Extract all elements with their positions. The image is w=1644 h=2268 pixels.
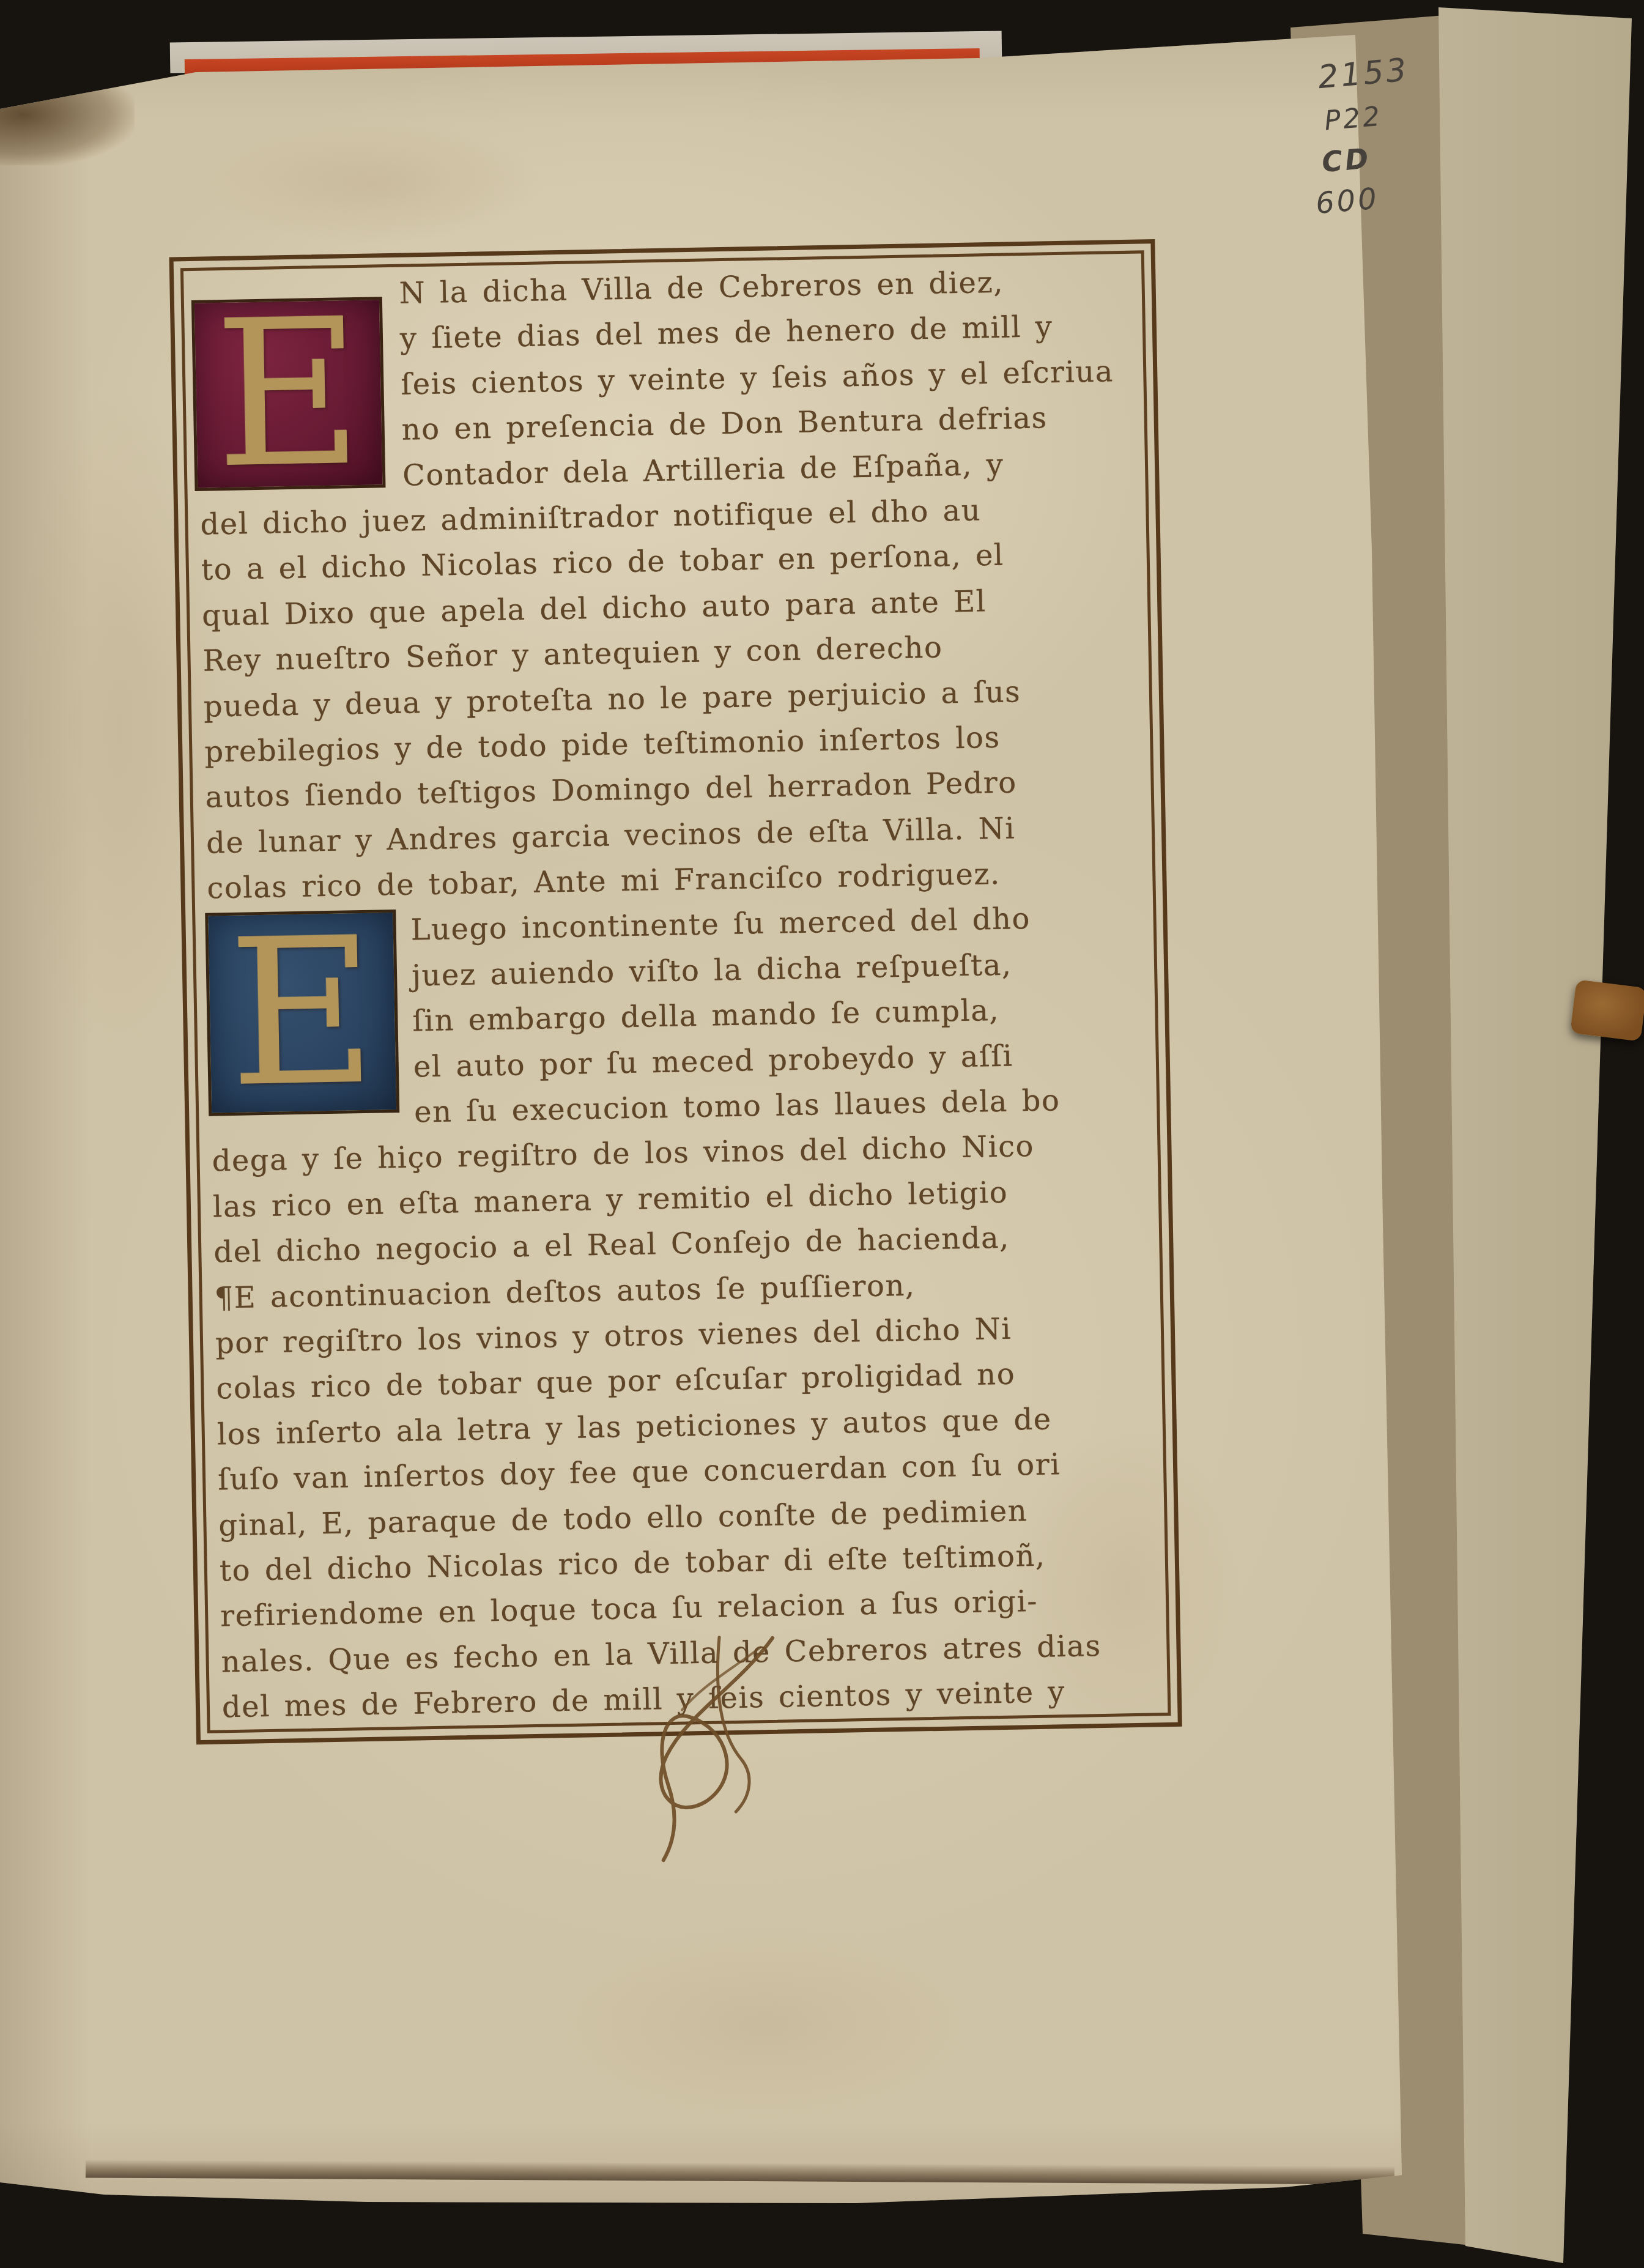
text-block: N la dicha Villa de Cebreros en diez, y … — [196, 258, 1165, 1730]
shelfmark-number: 2153 — [1317, 51, 1410, 96]
ruled-border-frame: E E N la dicha Villa de Cebreros en diez… — [169, 239, 1182, 1744]
shelfmark-number: P22 — [1323, 98, 1413, 136]
shelfmark-letters: CD — [1320, 138, 1417, 179]
page-content: E E N la dicha Villa de Cebreros en diez… — [0, 0, 1428, 2236]
pencil-annotations: 2153 P22 CD 600 — [1295, 51, 1421, 221]
notary-rubric-flourish — [635, 1634, 811, 1894]
leather-tie — [1570, 979, 1644, 1041]
manuscript-photograph: E E N la dicha Villa de Cebreros en diez… — [0, 0, 1644, 2268]
